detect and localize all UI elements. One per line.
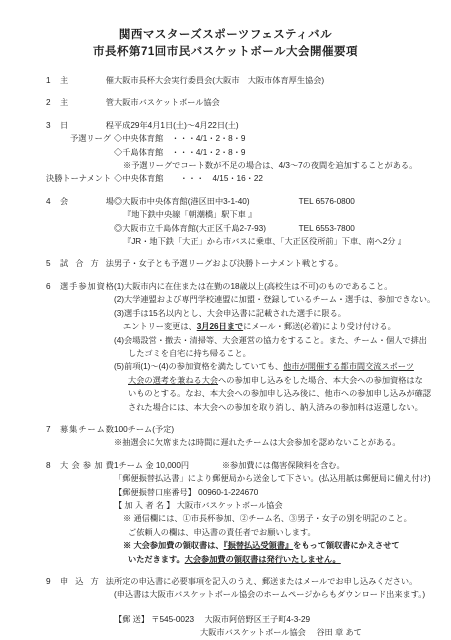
section-row: 決勝トーナメント◇中央体育館 ・・・ 4/15・16・22 [46,172,443,185]
section-row: (5)前項(1)〜(4)の参加資格を満たしていても、他市が開催する都市間交流スポ… [46,360,443,373]
text-line: 大会の選考を兼ねる大会への参加申し込みをした場合、本大会への参加資格はな [114,374,423,387]
text-line: 平成29年4月1日(土)〜4月22日(土) [114,119,239,132]
text-segment: (申込書は大阪市バスケットボール協会のホームページからもダウンロード出来ます。) [114,590,425,599]
section-row: 大阪市バスケットボール協会 谷田 章 あて [46,626,443,639]
section-row: ◎大阪市立千島体育館(大正区千島2-7-93) TEL 6553-7800 [46,222,443,235]
section-number: 7 [46,423,60,436]
section-number: 5 [46,257,60,270]
section-subheading [46,472,114,485]
section-row: 8大会参加費1チーム 金 10,000円 ※参加費には傷害保険料を含む。 [46,459,443,472]
section-subheading: 決勝トーナメント [46,172,114,185]
section-row: 【郵 送】 〒545-0023 大阪市阿倍野区王子町4-3-29 [46,613,443,626]
section-subheading [46,626,114,639]
text-segment: された場合には、本大会への参加を取り消し、納入済みの参加料は返還しない。 [128,403,423,412]
text-line: ◇中央体育館 ・・・4/1・2・8・9 [114,132,245,145]
text-line: (1)大阪市内に在住または在勤の18歳以上(高校生は不可)のものであること。 [114,280,392,293]
section-subheading [46,146,114,159]
section-1: 1主催大阪市長杯大会実行委員会(大阪市 大阪市体育厚生協会) [46,74,443,87]
text-segment: ◎大阪市中央体育館(港区田中3-1-40) TEL 6576-0800 [114,197,355,206]
text-segment: をもって領収書にかえさせて [293,541,399,550]
section-row: ※抽選会に欠席または時間に遅れたチームは大会参加を認めないことがある。 [46,436,443,449]
section-label: 募集チーム数 [60,423,114,436]
text-segment: いただきます。 [128,555,185,564]
text-line: (5)前項(1)〜(4)の参加資格を満たしていても、他市が開催する都市間交流スポ… [114,360,414,373]
section-row: 5試合方法男子・女子とも予選リーグおよび決勝トーナメント戦とする。 [46,257,443,270]
section-number: 1 [46,74,60,87]
text-segment: ◇中央体育館 ・・・ 4/15・16・22 [114,174,263,183]
text-segment: 大会の選考を兼ねる大会 [128,376,218,385]
text-line: (4)会場設営・撤去・清掃等、大会運営の協力をすること。また、チーム・個人で排出 [114,334,427,347]
section-number: 4 [46,195,60,208]
text-segment: 『地下鉄中央線「朝潮橋」駅下車 』 [123,210,256,219]
section-row: ※ 通信欄には、①市長杯参加、②チーム名、③男子・女子の別を明記のこと。 [46,512,443,525]
text-segment: 大阪市バスケットボール協会 谷田 章 あて [200,628,362,637]
section-subheading [46,539,114,552]
text-line: ◇中央体育館 ・・・ 4/15・16・22 [114,172,263,185]
section-subheading [46,208,114,221]
text-segment: ※ 通信欄には、①市長杯参加、②チーム名、③男子・女子の別を明記のこと。 [123,514,412,523]
document-title-line2: 市長杯第71回市民バスケットボール大会開催要項 [0,44,451,61]
section-number: 6 [46,280,60,293]
text-segment: ※抽選会に欠席または時間に遅れたチームは大会参加を認めないことがある。 [114,438,401,447]
text-segment: ◇中央体育館 ・・・4/1・2・8・9 [114,134,245,143]
section-label: 主管 [60,96,114,109]
section-label: 選手参加資格 [60,280,114,293]
document-body: 関西マスターズスポーツフェスティバル 市長杯第71回市民バスケットボール大会開催… [0,0,451,640]
section-row: 「郵便振替払込書」により郵便局から送金して下さい。(払込用紙は郵便局に備え付け) [46,472,443,485]
section-label: 申込方法 [60,575,114,588]
text-line: (2)大学連盟および専門学校連盟に加盟・登録しているチーム・選手は、参加できない… [114,293,435,306]
section-subheading [46,222,114,235]
section-subheading [46,347,114,360]
text-segment: 他市が開催する都市間交流スポーツ [283,362,414,371]
text-segment: 大阪市長杯大会実行委員会(大阪市 大阪市体育厚生協会) [114,76,324,85]
section-row: 予選リーグ◇中央体育館 ・・・4/1・2・8・9 [46,132,443,145]
section-row: 2主管大阪市バスケットボール協会 [46,96,443,109]
text-segment: 【郵 送】 〒545-0023 大阪市阿倍野区王子町4-3-29 [114,615,310,624]
text-segment: (5)前項(1)〜(4)の参加資格を満たしていても、 [114,362,283,371]
section-subheading [46,293,114,306]
text-line: 【 加 入 者 名 】 大阪市バスケットボール協会 [114,499,283,512]
section-row: ご依頼人の欄は、申込書の責任者でお願いします。 [46,526,443,539]
section-subheading [46,588,114,601]
section-7: 7募集チーム数100チーム(予定)※抽選会に欠席または時間に遅れたチームは大会参… [46,423,443,450]
section-subheading [46,526,114,539]
text-segment: 1チーム 金 10,000円 ※参加費には傷害保険料を含む。 [114,461,345,470]
text-segment: 平成29年4月1日(土)〜4月22日(土) [114,121,239,130]
section-subheading [46,553,114,566]
text-segment: 『振替払込受領書』 [224,541,294,550]
section-row: 3日程平成29年4月1日(土)〜4月22日(土) [46,119,443,132]
text-line: ※ 通信欄には、①市長杯参加、②チーム名、③男子・女子の別を明記のこと。 [114,512,412,525]
text-line: 大阪市長杯大会実行委員会(大阪市 大阪市体育厚生協会) [114,74,324,87]
section-row: いものとする。なお、本大会への参加申し込み後に、他市への参加申し込みが確認 [46,387,443,400]
text-line: ※抽選会に欠席または時間に遅れたチームは大会参加を認めないことがある。 [114,436,401,449]
section-row: エントリー変更は、3月26日までにメール・郵送(必着)により受け付ける。 [46,320,443,333]
section-row: (申込書は大阪市バスケットボール協会のホームページからもダウンロード出来ます。) [46,588,443,601]
section-9: 9申込方法所定の申込書に必要事項を記入のうえ、郵送またはメールでお申し込みくださ… [46,575,443,640]
section-number: 2 [46,96,60,109]
text-segment: 男子・女子とも予選リーグおよび決勝トーナメント戦とする。 [114,259,343,268]
text-segment: (4)会場設営・撤去・清掃等、大会運営の協力をすること。また、チーム・個人で排出 [114,336,427,345]
text-line: 男子・女子とも予選リーグおよび決勝トーナメント戦とする。 [114,257,343,270]
text-line: ◎大阪市中央体育館(港区田中3-1-40) TEL 6576-0800 [114,195,355,208]
text-segment: (2)大学連盟および専門学校連盟に加盟・登録しているチーム・選手は、参加できない… [114,295,435,304]
section-row: 【郵便振替口座番号】 00960-1-224670 [46,486,443,499]
section-label: 大会参加費 [60,459,114,472]
section-subheading [46,387,114,400]
section-row: 大会の選考を兼ねる大会への参加申し込みをした場合、本大会への参加資格はな [46,374,443,387]
section-row: したゴミを自宅に持ち帰ること。 [46,347,443,360]
section-number: 3 [46,119,60,132]
section-subheading [46,235,114,248]
text-line: 【郵 送】 〒545-0023 大阪市阿倍野区王子町4-3-29 [114,613,310,626]
section-subheading [46,512,114,525]
document-title: 関西マスターズスポーツフェスティバル 市長杯第71回市民バスケットボール大会開催… [0,27,451,61]
text-line: いただきます。大会参加費の領収書は発行いたしません。 [114,553,341,566]
section-row: (2)大学連盟および専門学校連盟に加盟・登録しているチーム・選手は、参加できない… [46,293,443,306]
text-segment: ◇千島体育館 ・・・4/1・2・8・9 [114,148,245,157]
section-subheading [46,499,114,512]
document-title-line1: 関西マスターズスポーツフェスティバル [0,27,451,44]
section-label: 会場 [60,195,114,208]
text-line: ご依頼人の欄は、申込書の責任者でお願いします。 [114,526,316,539]
text-segment: にメール・郵送(必着)により受け付ける。 [243,322,396,331]
section-subheading [46,334,114,347]
section-row: 4会場◎大阪市中央体育館(港区田中3-1-40) TEL 6576-0800 [46,195,443,208]
section-label: 日程 [60,119,114,132]
text-line: 所定の申込書に必要事項を記入のうえ、郵送またはメールでお申し込みください。 [114,575,417,588]
text-segment: 3月26日まで [197,322,243,331]
section-subheading [46,307,114,320]
text-segment: 大会参加費の領収書は発行いたしません。 [185,555,341,564]
text-segment: 所定の申込書に必要事項を記入のうえ、郵送またはメールでお申し込みください。 [114,577,417,586]
text-segment: への参加申し込みをした場合、本大会への参加資格はな [218,376,423,385]
section-8: 8大会参加費1チーム 金 10,000円 ※参加費には傷害保険料を含む。「郵便振… [46,459,443,566]
section-subheading [46,436,114,449]
section-4: 4会場◎大阪市中央体育館(港区田中3-1-40) TEL 6576-0800『地… [46,195,443,249]
section-row: 9申込方法所定の申込書に必要事項を記入のうえ、郵送またはメールでお申し込みくださ… [46,575,443,588]
text-line: (申込書は大阪市バスケットボール協会のホームページからもダウンロード出来ます。) [114,588,425,601]
section-subheading [46,374,114,387]
text-segment: 「郵便振替払込書」により郵便局から送金して下さい。(払込用紙は郵便局に備え付け) [114,474,431,483]
text-line: エントリー変更は、3月26日までにメール・郵送(必着)により受け付ける。 [114,320,396,333]
text-line: 『JR・地下鉄「大正」から市バスに乗車、「大正区役所前」下車、南へ2分 』 [114,235,406,248]
text-segment: 100チーム(予定) [114,425,174,434]
section-row: 【 加 入 者 名 】 大阪市バスケットボール協会 [46,499,443,512]
text-line: 大阪市バスケットボール協会 [114,96,220,109]
section-subheading [46,320,114,333]
text-segment: したゴミを自宅に持ち帰ること。 [128,349,251,358]
text-segment: 大阪市バスケットボール協会 [114,98,220,107]
text-segment: 【郵便振替口座番号】 00960-1-224670 [114,488,258,497]
text-line: 【郵便振替口座番号】 00960-1-224670 [114,486,258,499]
section-row: いただきます。大会参加費の領収書は発行いたしません。 [46,553,443,566]
section-subheading [46,486,114,499]
section-row: ◇千島体育館 ・・・4/1・2・8・9 [46,146,443,159]
section-2: 2主管大阪市バスケットボール協会 [46,96,443,109]
section-number: 8 [46,459,60,472]
section-row: 『JR・地下鉄「大正」から市バスに乗車、「大正区役所前」下車、南へ2分 』 [46,235,443,248]
section-row: 7募集チーム数100チーム(予定) [46,423,443,436]
text-segment: エントリー変更は、 [123,322,197,331]
section-subheading [46,159,114,172]
text-line: 「郵便振替払込書」により郵便局から送金して下さい。(払込用紙は郵便局に備え付け) [114,472,431,485]
text-line: 『地下鉄中央線「朝潮橋」駅下車 』 [114,208,256,221]
section-row: ※ 大会参加費の領収書は、『振替払込受領書』をもって領収書にかえさせて [46,539,443,552]
text-line: いものとする。なお、本大会への参加申し込み後に、他市への参加申し込みが確認 [114,387,431,400]
text-segment: いものとする。なお、本大会への参加申し込み後に、他市への参加申し込みが確認 [128,389,431,398]
section-label: 試合方法 [60,257,114,270]
text-segment: (3)選手は15名以内とし、大会申込書に記載された選手に限る。 [114,309,346,318]
text-segment: ◎大阪市立千島体育館(大正区千島2-7-93) TEL 6553-7800 [114,224,355,233]
text-line: ◎大阪市立千島体育館(大正区千島2-7-93) TEL 6553-7800 [114,222,355,235]
section-row: 6選手参加資格(1)大阪市内に在住または在勤の18歳以上(高校生は不可)のもので… [46,280,443,293]
text-segment: ※ 大会参加費の領収書は、 [123,541,224,550]
text-segment: ご依頼人の欄は、申込書の責任者でお願いします。 [128,528,316,537]
section-5: 5試合方法男子・女子とも予選リーグおよび決勝トーナメント戦とする。 [46,257,443,270]
text-segment: 『JR・地下鉄「大正」から市バスに乗車、「大正区役所前」下車、南へ2分 』 [123,237,406,246]
text-line: したゴミを自宅に持ち帰ること。 [114,347,251,360]
document-page: 関西マスターズスポーツフェスティバル 市長杯第71回市民バスケットボール大会開催… [0,0,451,640]
section-subheading [46,613,114,626]
text-line: ◇千島体育館 ・・・4/1・2・8・9 [114,146,245,159]
section-row: された場合には、本大会への参加を取り消し、納入済みの参加料は返還しない。 [46,401,443,414]
text-segment: ※予選リーグでコート数が不足の場合は、4/3〜7の夜間を追加することがある。 [123,161,417,170]
text-line: ※予選リーグでコート数が不足の場合は、4/3〜7の夜間を追加することがある。 [114,159,417,172]
section-subheading: 予選リーグ [46,132,114,145]
section-subheading [46,401,114,414]
text-line: (3)選手は15名以内とし、大会申込書に記載された選手に限る。 [114,307,346,320]
section-subheading [46,360,114,373]
section-row: (4)会場設営・撤去・清掃等、大会運営の協力をすること。また、チーム・個人で排出 [46,334,443,347]
text-line: 大阪市バスケットボール協会 谷田 章 あて [114,626,362,639]
section-6: 6選手参加資格(1)大阪市内に在住または在勤の18歳以上(高校生は不可)のもので… [46,280,443,414]
text-line: ※ 大会参加費の領収書は、『振替払込受領書』をもって領収書にかえさせて [114,539,400,552]
text-segment: 【 加 入 者 名 】 大阪市バスケットボール協会 [114,501,283,510]
text-segment: (1)大阪市内に在住または在勤の18歳以上(高校生は不可)のものであること。 [114,282,392,291]
section-label: 主催 [60,74,114,87]
section-number: 9 [46,575,60,588]
section-row: ※予選リーグでコート数が不足の場合は、4/3〜7の夜間を追加することがある。 [46,159,443,172]
text-line: 100チーム(予定) [114,423,174,436]
text-line: 1チーム 金 10,000円 ※参加費には傷害保険料を含む。 [114,459,345,472]
section-row: 『地下鉄中央線「朝潮橋」駅下車 』 [46,208,443,221]
section-3: 3日程平成29年4月1日(土)〜4月22日(土)予選リーグ◇中央体育館 ・・・4… [46,119,443,186]
section-row: 1主催大阪市長杯大会実行委員会(大阪市 大阪市体育厚生協会) [46,74,443,87]
sections: 1主催大阪市長杯大会実行委員会(大阪市 大阪市体育厚生協会)2主管大阪市バスケッ… [46,74,443,640]
section-row: (3)選手は15名以内とし、大会申込書に記載された選手に限る。 [46,307,443,320]
text-line: された場合には、本大会への参加を取り消し、納入済みの参加料は返還しない。 [114,401,423,414]
